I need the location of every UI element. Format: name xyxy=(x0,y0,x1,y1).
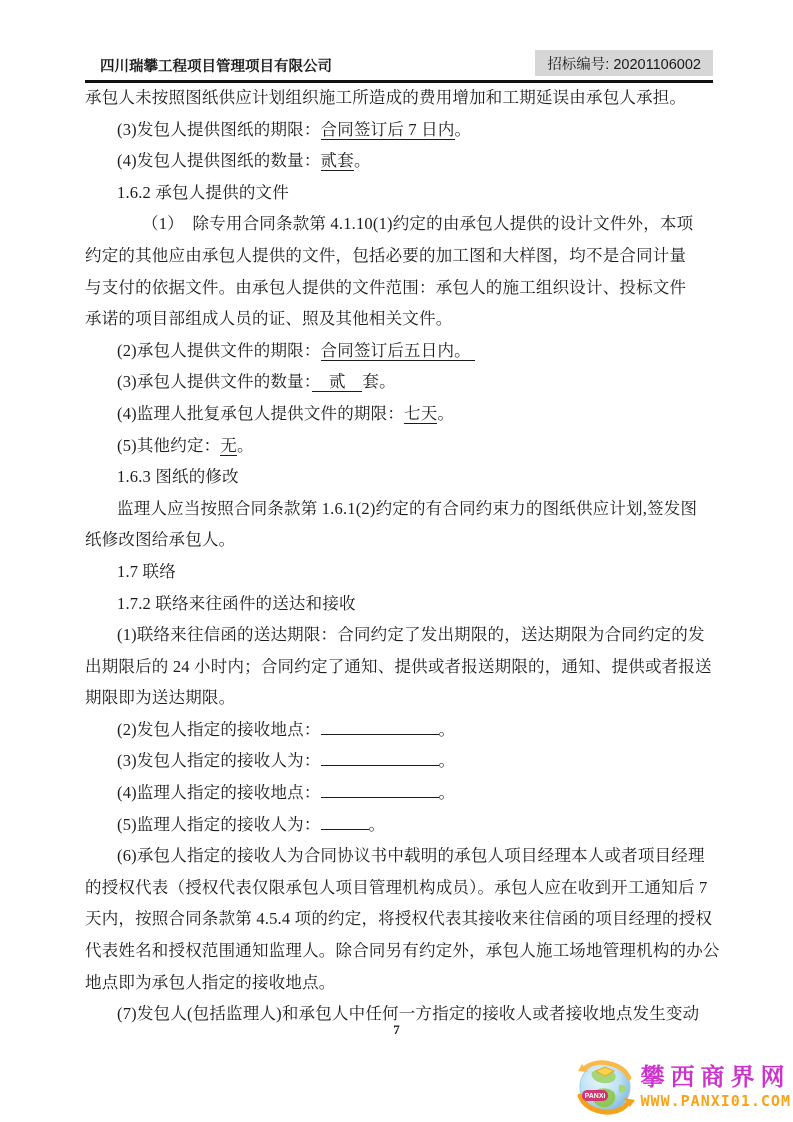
doc-line: (3)发包人提供图纸的期限：合同签订后 7 日内。 xyxy=(85,114,713,146)
doc-text: (3)发包人提供图纸的期限： xyxy=(117,120,321,139)
doc-text: 1.6.3 图纸的修改 xyxy=(117,467,239,486)
doc-text: 。 xyxy=(455,120,472,139)
doc-line: (1)联络来往信函的送达期限：合同约定了发出期限的，送达期限为合同约定的发 xyxy=(85,619,713,651)
doc-text: 出期限后的 24 小时内；合同约定了通知、提供或者报送期限的，通知、提供或者报送 xyxy=(85,657,712,676)
doc-text: 1.6.2 承包人提供的文件 xyxy=(117,183,289,202)
doc-line: 地点即为承包人指定的接收地点。 xyxy=(85,967,713,999)
document-page: 四川瑞攀工程项目管理项目有限公司 招标编号: 20201106002 承包人未按… xyxy=(0,0,793,1122)
doc-line: 1.6.3 图纸的修改 xyxy=(85,461,713,493)
doc-text: 代表姓名和授权范围通知监理人。除合同另有约定外，承包人施工场地管理机构的办公 xyxy=(85,941,720,960)
doc-line: (3)承包人提供文件的数量： 贰 套。 xyxy=(85,366,713,398)
doc-text: (3)发包人指定的接收人为： xyxy=(117,751,321,770)
underlined-value: 合同签订后 7 日内 xyxy=(321,120,455,140)
doc-line: 承诺的项目部组成人员的证、照及其他相关文件。 xyxy=(85,303,713,335)
doc-text: (4)监理人指定的接收地点： xyxy=(117,783,321,802)
doc-line: （1） 除专用合同条款第 4.1.10(1)约定的由承包人提供的设计文件外，本项 xyxy=(85,208,713,240)
doc-line: 纸修改图给承包人。 xyxy=(85,524,713,556)
doc-text: 纸修改图给承包人。 xyxy=(85,530,235,549)
doc-line: (2)承包人提供文件的期限：合同签订后五日内。 xyxy=(85,335,713,367)
doc-line: 约定的其他应由承包人提供的文件，包括必要的加工图和大样图，均不是合同计量 xyxy=(85,240,713,272)
doc-text: 天内，按照合同条款第 4.5.4 项的约定，将授权代表其接收来往信函的项目经理的… xyxy=(85,909,712,928)
fill-in-blank xyxy=(321,750,439,766)
doc-line: 1.7 联络 xyxy=(85,556,713,588)
doc-text: 承包人未按照图纸供应计划组织施工所造成的费用增加和工期延误由承包人承担。 xyxy=(85,88,686,107)
watermark-site-url: WWW.PANXI01.COM xyxy=(641,1091,791,1111)
doc-text: 监理人应当按照合同条款第 1.6.1(2)约定的有合同约束力的图纸供应计划,签发… xyxy=(117,499,697,518)
doc-text: 。 xyxy=(369,815,386,834)
doc-text: (7)发包人(包括监理人)和承包人中任何一方指定的接收人或者接收地点发生变动 xyxy=(117,1004,699,1023)
doc-text: 。 xyxy=(439,720,456,739)
doc-text: 的授权代表（授权代表仅限承包人项目管理机构成员）。承包人应在收到开工通知后 7 xyxy=(85,878,707,897)
doc-text: (6)承包人指定的接收人为合同协议书中载明的承包人项目经理本人或者项目经理 xyxy=(117,846,705,865)
fill-in-blank xyxy=(321,782,439,798)
doc-line: 与支付的依据文件。由承包人提供的文件范围：承包人的施工组织设计、投标文件 xyxy=(85,272,713,304)
doc-text: (1)联络来往信函的送达期限：合同约定了发出期限的，送达期限为合同约定的发 xyxy=(117,625,705,644)
doc-text: (4)监理人批复承包人提供文件的期限： xyxy=(117,404,404,423)
fill-in-blank xyxy=(321,814,369,830)
watermark-text: 攀西商界网 WWW.PANXI01.COM xyxy=(641,1065,791,1111)
doc-text: (2)承包人提供文件的期限： xyxy=(117,341,321,360)
doc-line: 的授权代表（授权代表仅限承包人项目管理机构成员）。承包人应在收到开工通知后 7 xyxy=(85,872,713,904)
doc-text: （1） 除专用合同条款第 4.1.10(1)约定的由承包人提供的设计文件外，本项 xyxy=(142,214,693,233)
underlined-value: 贰 xyxy=(312,372,362,392)
company-name: 四川瑞攀工程项目管理项目有限公司 xyxy=(85,55,332,76)
doc-text: 1.7.2 联络来往函件的送达和接收 xyxy=(117,594,356,613)
doc-text: 。 xyxy=(437,404,454,423)
document-body: 承包人未按照图纸供应计划组织施工所造成的费用增加和工期延误由承包人承担。(3)发… xyxy=(85,82,713,1030)
doc-text: 。 xyxy=(237,436,254,455)
doc-text: 承诺的项目部组成人员的证、照及其他相关文件。 xyxy=(85,309,452,328)
doc-text: 。 xyxy=(439,783,456,802)
doc-text: (3)承包人提供文件的数量： xyxy=(117,372,312,391)
doc-text: (4)发包人提供图纸的数量： xyxy=(117,151,321,170)
fill-in-blank xyxy=(321,719,439,735)
page-header: 四川瑞攀工程项目管理项目有限公司 招标编号: 20201106002 xyxy=(85,50,713,83)
watermark: PANXI 攀西商界网 WWW.PANXI01.COM xyxy=(572,1058,791,1118)
tender-number: 招标编号: 20201106002 xyxy=(535,50,713,76)
doc-line: (3)发包人指定的接收人为：。 xyxy=(85,745,713,777)
doc-line: (4)发包人提供图纸的数量：贰套。 xyxy=(85,145,713,177)
underlined-value: 贰套 xyxy=(321,151,354,171)
doc-line: 1.7.2 联络来往函件的送达和接收 xyxy=(85,588,713,620)
doc-line: 代表姓名和授权范围通知监理人。除合同另有约定外，承包人施工场地管理机构的办公 xyxy=(85,935,713,967)
doc-line: 承包人未按照图纸供应计划组织施工所造成的费用增加和工期延误由承包人承担。 xyxy=(85,82,713,114)
doc-line: 天内，按照合同条款第 4.5.4 项的约定，将授权代表其接收来往信函的项目经理的… xyxy=(85,903,713,935)
doc-text: 期限即为送达期限。 xyxy=(85,688,235,707)
doc-line: (2)发包人指定的接收地点：。 xyxy=(85,714,713,746)
doc-line: 1.6.2 承包人提供的文件 xyxy=(85,177,713,209)
doc-text: (5)其他约定： xyxy=(117,436,220,455)
doc-line: 出期限后的 24 小时内；合同约定了通知、提供或者报送期限的，通知、提供或者报送 xyxy=(85,651,713,683)
globe-logo-icon: PANXI xyxy=(572,1058,638,1118)
svg-text:PANXI: PANXI xyxy=(584,1093,605,1100)
doc-text: 与支付的依据文件。由承包人提供的文件范围：承包人的施工组织设计、投标文件 xyxy=(85,278,686,297)
doc-line: (5)其他约定：无。 xyxy=(85,430,713,462)
underlined-value: 无 xyxy=(220,436,237,456)
underlined-value: 七天 xyxy=(404,404,437,424)
doc-line: (5)监理人指定的接收人为：。 xyxy=(85,809,713,841)
doc-line: 期限即为送达期限。 xyxy=(85,682,713,714)
doc-line: (4)监理人批复承包人提供文件的期限：七天。 xyxy=(85,398,713,430)
doc-text: (5)监理人指定的接收人为： xyxy=(117,815,321,834)
doc-line: (4)监理人指定的接收地点：。 xyxy=(85,777,713,809)
doc-line: (6)承包人指定的接收人为合同协议书中载明的承包人项目经理本人或者项目经理 xyxy=(85,840,713,872)
doc-text: 套。 xyxy=(362,372,395,391)
doc-text: (2)发包人指定的接收地点： xyxy=(117,720,321,739)
doc-text: 1.7 联络 xyxy=(117,562,176,581)
doc-text: 约定的其他应由承包人提供的文件，包括必要的加工图和大样图，均不是合同计量 xyxy=(85,246,686,265)
doc-text: 。 xyxy=(354,151,371,170)
watermark-site-name: 攀西商界网 xyxy=(641,1065,791,1091)
page-number: 7 xyxy=(0,1022,793,1038)
doc-line: 监理人应当按照合同条款第 1.6.1(2)约定的有合同约束力的图纸供应计划,签发… xyxy=(85,493,713,525)
doc-text: 。 xyxy=(439,751,456,770)
underlined-value: 合同签订后五日内。 xyxy=(321,341,476,361)
doc-text: 地点即为承包人指定的接收地点。 xyxy=(85,973,336,992)
